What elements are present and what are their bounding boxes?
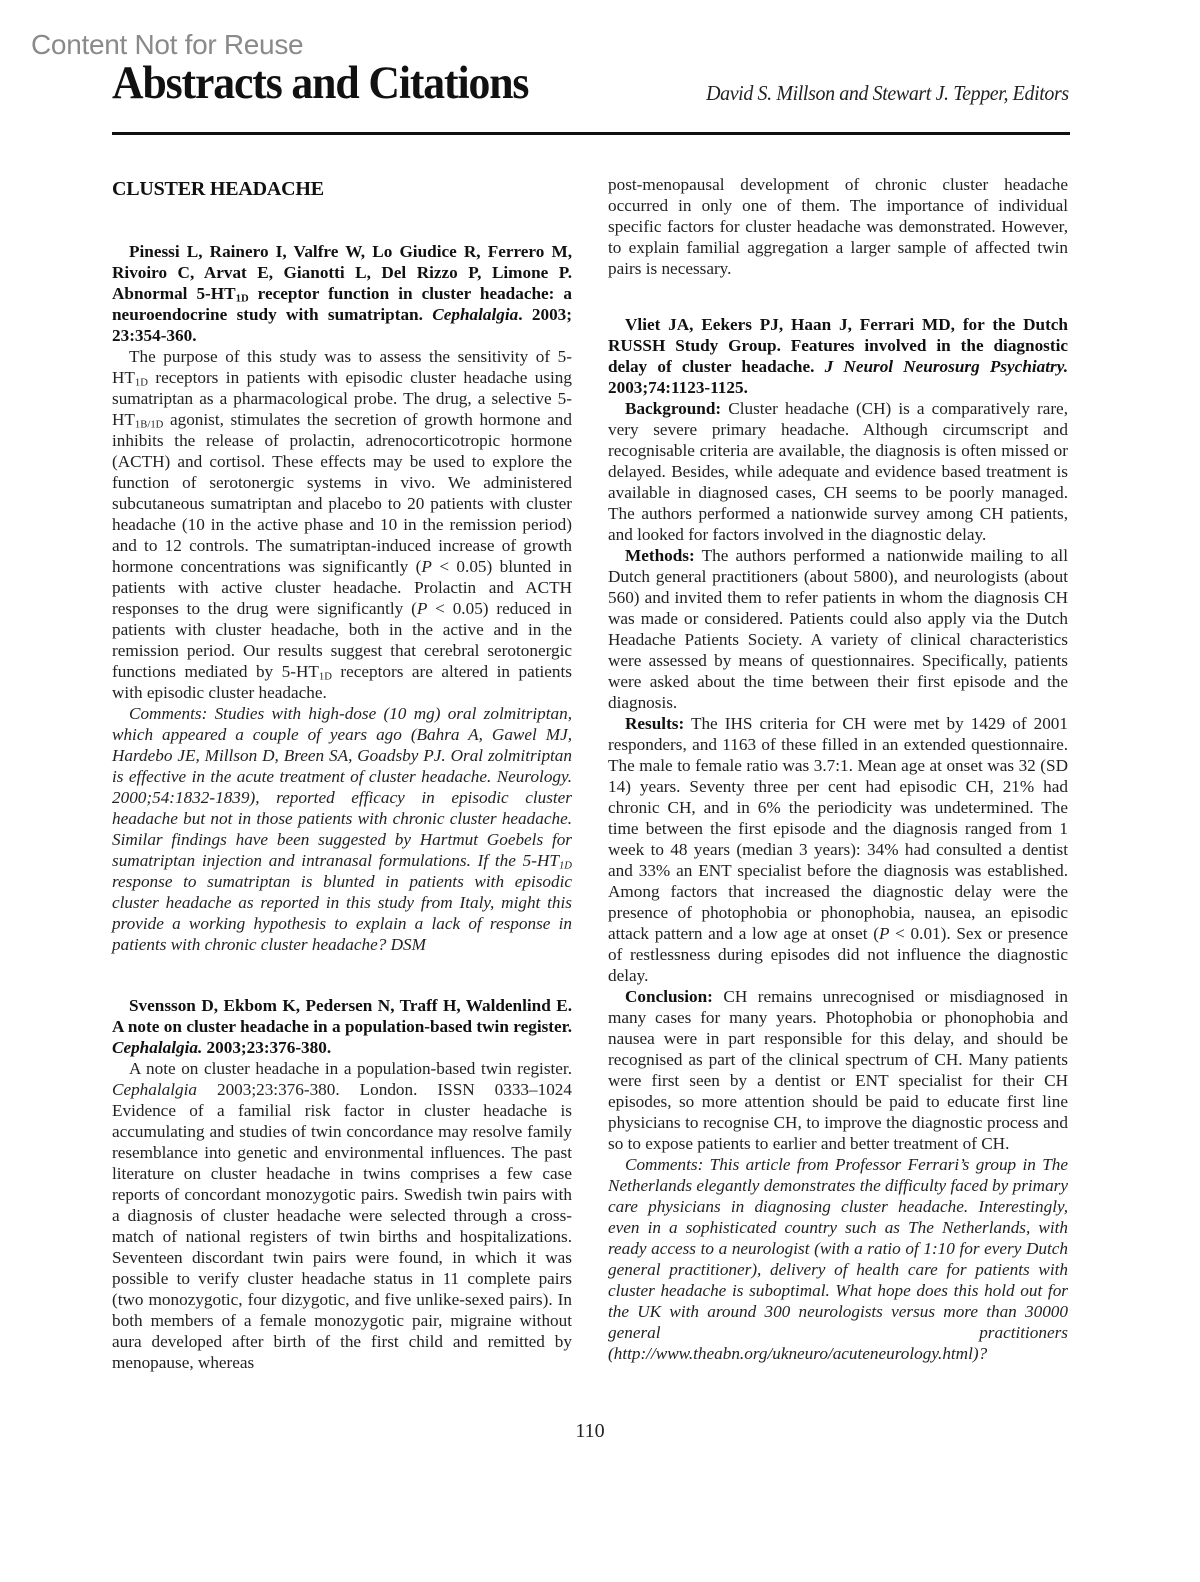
abstract-conclusion: Conclusion: CH remains unrecognised or m…	[608, 986, 1068, 1154]
abstract-background: Background: Cluster headache (CH) is a c…	[608, 398, 1068, 545]
page-title: Abstracts and Citations	[112, 58, 528, 110]
section-heading: CLUSTER HEADACHE	[112, 177, 572, 201]
header-rule	[112, 132, 1070, 135]
article-citation: Svensson D, Ekbom K, Pedersen N, Traff H…	[112, 995, 572, 1058]
article-citation: Pinessi L, Rainero I, Valfre W, Lo Giudi…	[112, 241, 572, 346]
abstract-results: Results: The IHS criteria for CH were me…	[608, 713, 1068, 986]
abstract-methods: Methods: The authors performed a nationw…	[608, 545, 1068, 713]
journal-name: Cephalalgia.	[112, 1038, 202, 1057]
spacer	[112, 201, 572, 241]
journal-name: Cephalalgia	[432, 305, 518, 324]
journal-name: J Neurol Neurosurg Psychiatry.	[825, 357, 1068, 376]
article-comments: Comments: Studies with high-dose (10 mg)…	[112, 703, 572, 955]
article-citation: Vliet JA, Eekers PJ, Haan J, Ferrari MD,…	[608, 314, 1068, 398]
article-pinessi: Pinessi L, Rainero I, Valfre W, Lo Giudi…	[112, 241, 572, 955]
editors-line: David S. Millson and Stewart J. Tepper, …	[706, 81, 1069, 106]
spacer	[608, 279, 1068, 314]
article-vliet: Vliet JA, Eekers PJ, Haan J, Ferrari MD,…	[608, 314, 1068, 1364]
article-comments: Comments: This article from Professor Fe…	[608, 1154, 1068, 1364]
left-column: CLUSTER HEADACHE Pinessi L, Rainero I, V…	[112, 173, 572, 1373]
article-abstract: A note on cluster headache in a populati…	[112, 1058, 572, 1373]
spacer	[112, 955, 572, 995]
article-abstract-continued: post-menopausal development of chronic c…	[608, 174, 1068, 279]
article-abstract: The purpose of this study was to assess …	[112, 346, 572, 703]
page-number: 110	[0, 1420, 1180, 1443]
article-svensson: Svensson D, Ekbom K, Pedersen N, Traff H…	[112, 995, 572, 1373]
right-column: post-menopausal development of chronic c…	[608, 174, 1068, 1364]
watermark: Content Not for Reuse	[31, 31, 303, 59]
